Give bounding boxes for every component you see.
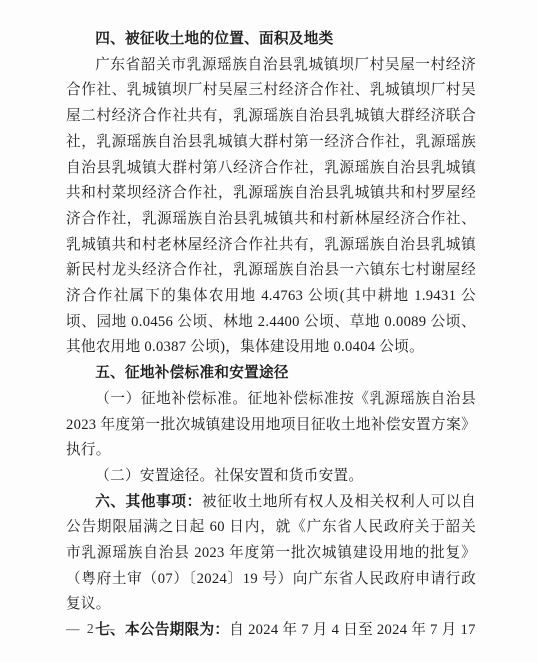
paragraph-resettlement-method: （二）安置途径。社保安置和货币安置。 <box>66 464 476 490</box>
section-heading-other-matters-inline: 六、其他事项： <box>95 494 202 510</box>
section-heading-compensation: 五、征地补偿标准和安置途径 <box>66 361 476 387</box>
paragraph-land-description: 广东省韶关市乳源瑶族自治县乳城镇坝厂村吴屋一村经济合作社、乳城镇坝厂村吴屋三村经… <box>66 53 476 361</box>
paragraph-announcement-period-text: 自 2024 年 7 月 4 日至 2024 年 7 月 17 <box>229 622 475 638</box>
section-heading-land-location: 四、被征收土地的位置、面积及地类 <box>66 27 476 53</box>
paragraph-announcement-period: 七、本公告期限为：自 2024 年 7 月 4 日至 2024 年 7 月 17 <box>66 618 476 644</box>
page-number: — 2 — <box>66 620 117 638</box>
document-body: 四、被征收土地的位置、面积及地类 广东省韶关市乳源瑶族自治县乳城镇坝厂村吴屋一村… <box>66 27 476 644</box>
document-page: 四、被征收土地的位置、面积及地类 广东省韶关市乳源瑶族自治县乳城镇坝厂村吴屋一村… <box>0 0 537 663</box>
paragraph-other-matters: 六、其他事项：被征收土地所有权人及相关权利人可以自公告期限届满之日起 60 日内… <box>66 490 476 619</box>
paragraph-compensation-standard: （一）征地补偿标准。征地补偿标准按《乳源瑶族自治县 2023 年度第一批次城镇建… <box>66 387 476 464</box>
paragraph-other-matters-text: 被征收土地所有权人及相关权利人可以自公告期限届满之日起 60 日内，就《广东省人… <box>66 494 476 613</box>
